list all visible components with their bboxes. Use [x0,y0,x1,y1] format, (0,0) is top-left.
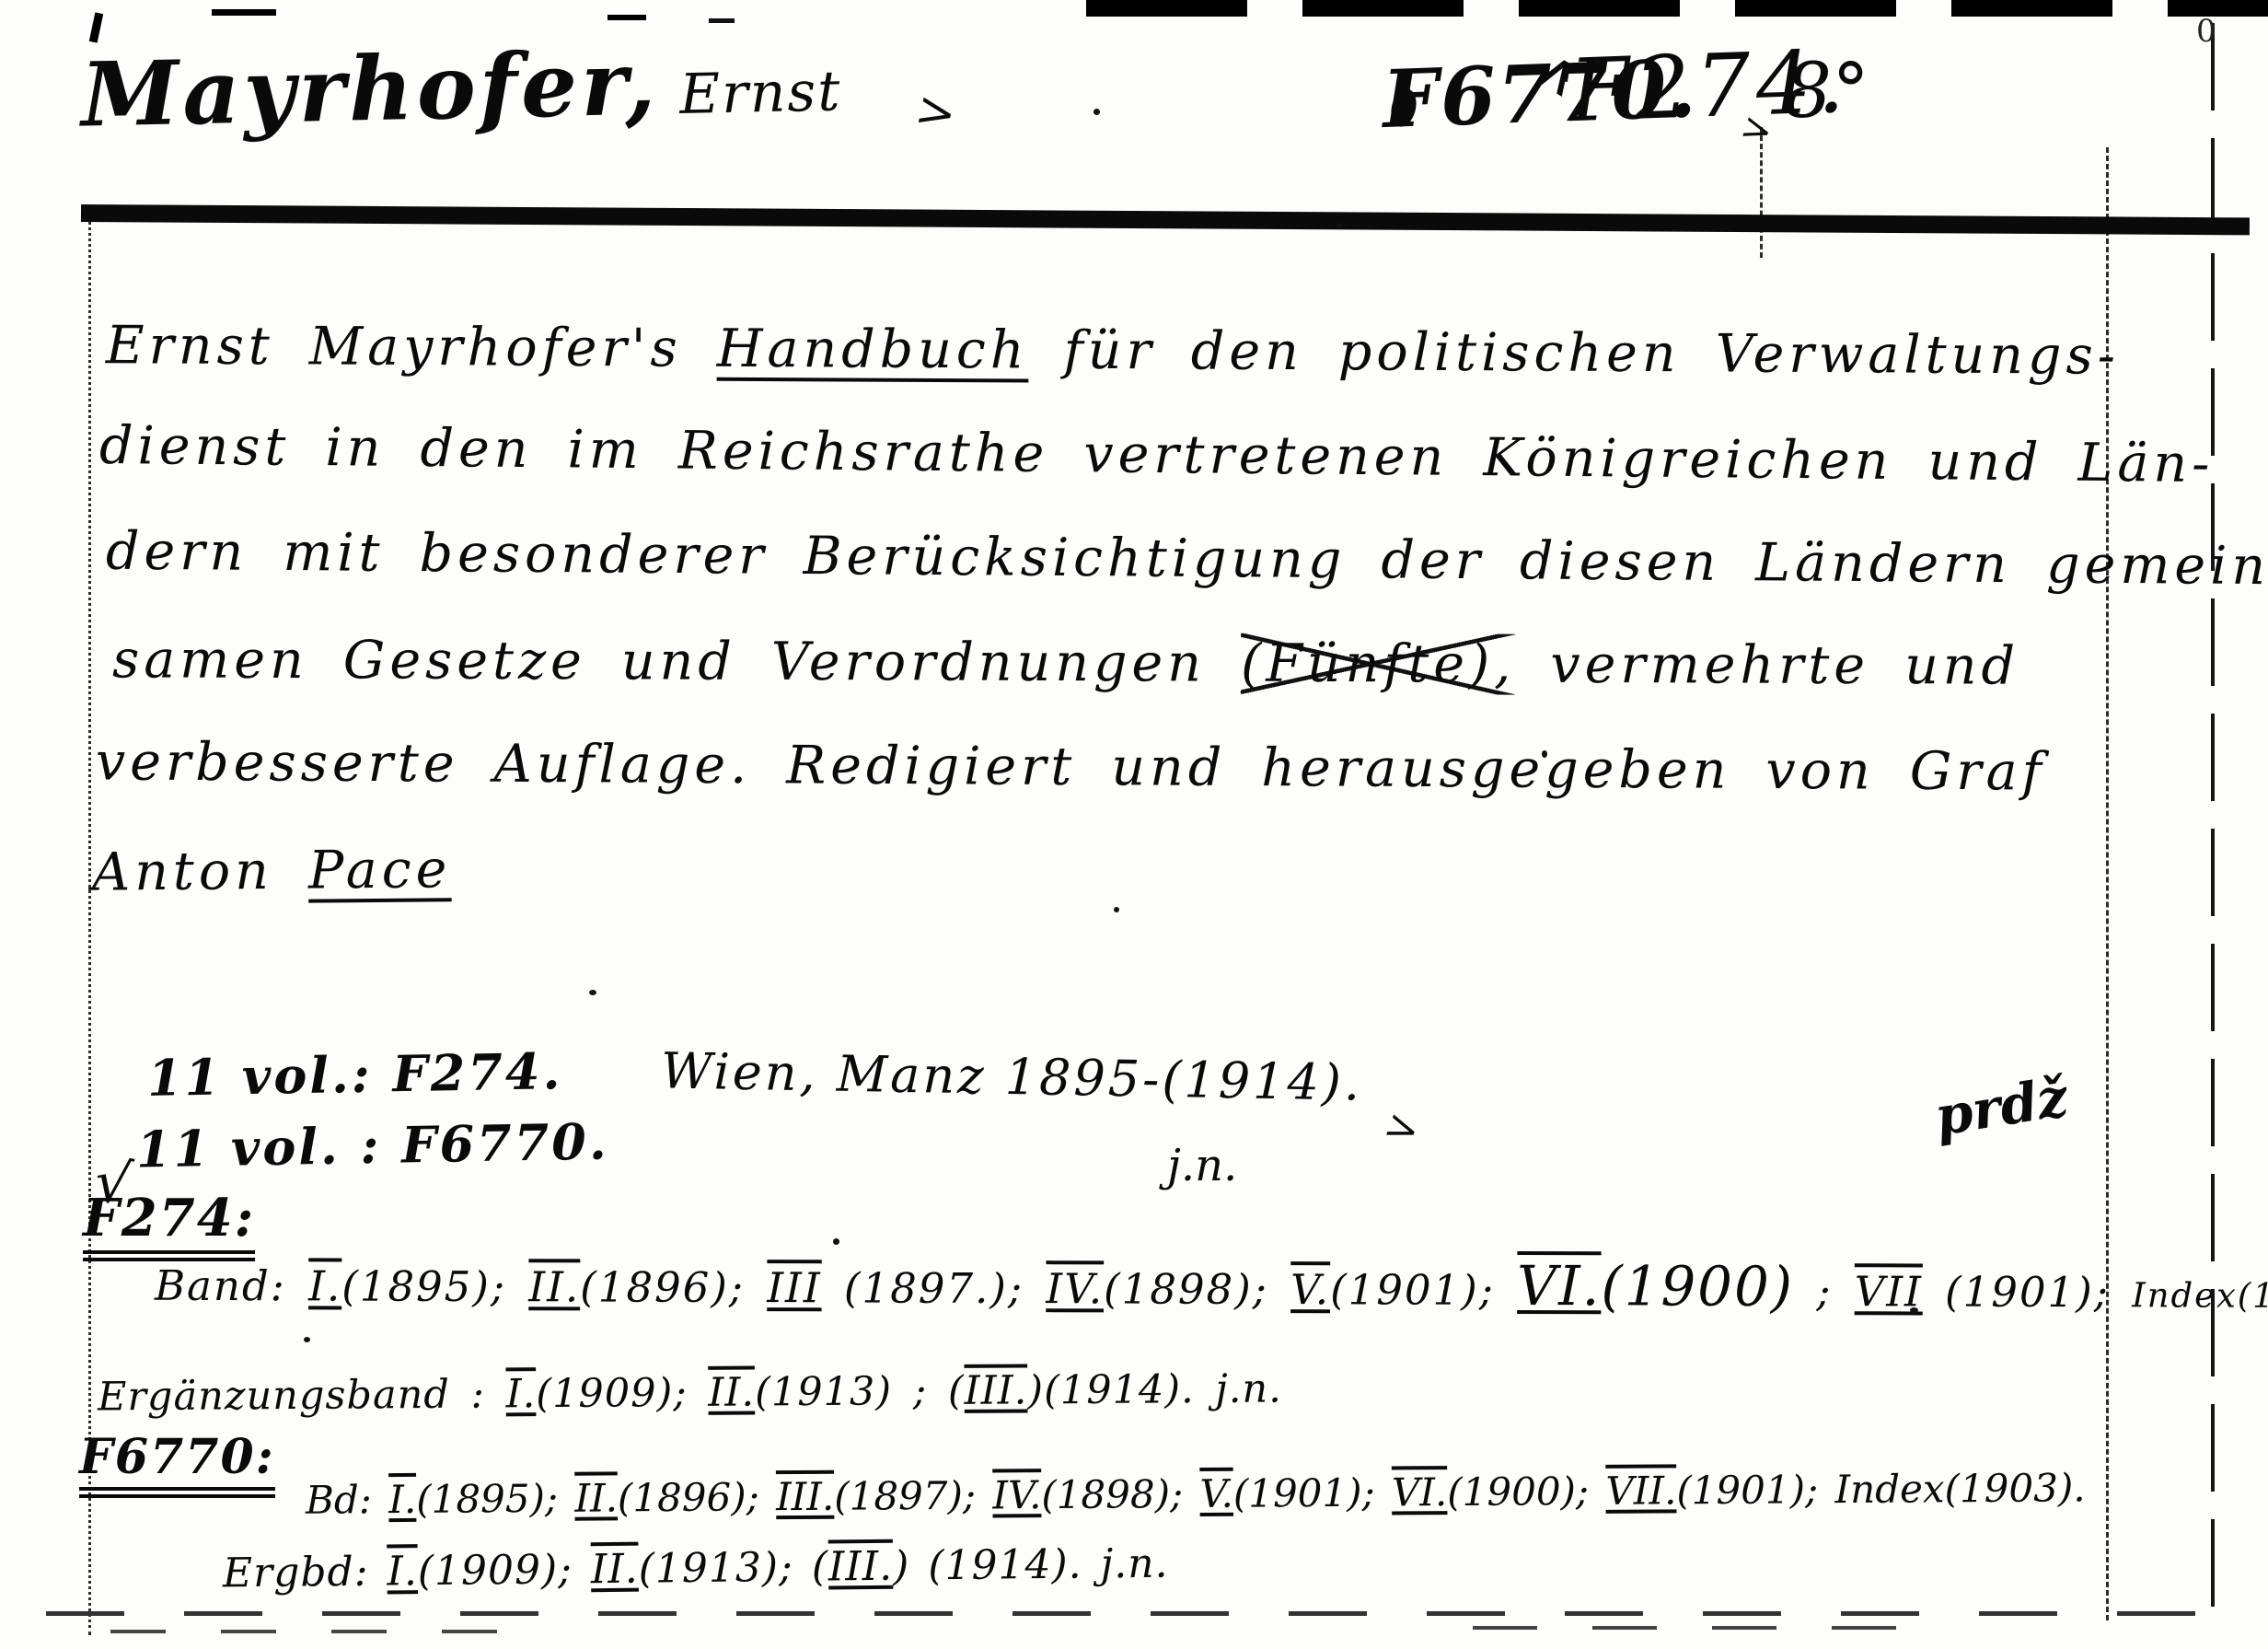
title-line-5: verbesserte Auflage. Redigiert und herau… [96,731,2046,802]
volume-entry: ; [1794,1267,1855,1316]
volume-entry: Bd: [306,1477,389,1523]
title-segment: für den politischen Verwaltungs- [1028,320,2120,387]
volume-entry: Ergänzungsband : [98,1371,506,1420]
volume-entry: III [767,1263,822,1312]
title-segment: vermehrte und [1515,634,2019,697]
title-line-1: Ernst Mayrhofer's Handbuch für den polit… [106,315,2120,386]
scan-noise [1114,907,1119,912]
scan-edge-top [1086,0,2268,17]
volume-entry: VII. [1605,1468,1676,1514]
volume-entry: ) (1914). [893,1540,1101,1589]
volume-entry: VI. [1517,1255,1601,1318]
volume-entry: (1900) [1601,1255,1794,1319]
section-label-f6770: F6770: [79,1429,275,1498]
volume-entry: II. [528,1262,580,1311]
volume-entry: (1895); [341,1262,528,1312]
scan-noise [304,1337,310,1342]
volume-entry: (1896); [618,1474,777,1520]
title-segment: dern mit besonderer Berücksichtigung der… [106,521,2268,598]
title-line-2: dienst in den im Reichsrathe vertretenen… [99,415,2215,494]
volume-entry: (1901); [1923,1267,2133,1317]
volume-entry: I. [505,1371,536,1417]
scan-noise [1542,750,1547,758]
volume-line-f6770: 11 vol. : F6770. [135,1112,609,1179]
pen-mark: > [910,81,961,144]
volume-entry: (1909); [536,1370,708,1417]
title-line-4: samen Gesetze und Verordnungen (Fünfte),… [112,629,2019,696]
volume-entry: j.n. [1215,1366,1282,1413]
pen-mark: > [1378,1100,1426,1156]
title-line-6: Anton Pace [92,839,452,902]
volume-entry: VI. [1392,1469,1448,1515]
volume-entry: Ergbd: [223,1549,388,1597]
title-segment: samen Gesetze und Verordnungen [112,629,1241,693]
cataloguer-mark: prdž [1931,1065,2072,1148]
volume-entry: IV. [1046,1264,1104,1313]
f6770-supplement-list: Ergbd: I.(1909); II.(1913); (III.) (1914… [223,1540,1169,1597]
volume-entry: II. [708,1370,755,1416]
volume-entry: (1898); [1041,1471,1200,1517]
volume-entry: II. [574,1475,618,1520]
author-last-name: Mayrhofer, [80,31,660,147]
scan-noise [1336,223,1342,228]
scan-noise [1910,1307,1918,1313]
volume-entry: V. [1290,1265,1330,1314]
scan-noise [212,9,276,16]
scan-noise [607,15,646,20]
volume-entry: I. [308,1261,341,1310]
volume-entry: (1898); [1104,1264,1290,1314]
volume-entry: III. [776,1474,834,1519]
volume-entry: j.n. [1100,1540,1168,1588]
volume-entry: (1914). [1044,1366,1216,1413]
title-segment: dienst in den im Reichsrathe vertretenen… [99,415,2215,494]
volume-line-f274: 11 vol.: F274. [146,1041,562,1108]
volume-entry: V. [1199,1471,1233,1516]
f274-band-list: Band: I.(1895); II.(1896); III (1897.); … [155,1250,2268,1321]
f6770-band-list: Bd: I.(1895); II.(1896); III.(1897); IV.… [306,1465,2086,1522]
volume-entry: (1909); [418,1546,592,1595]
volume-entry: (1897); [834,1473,993,1519]
format-octavo: 8° [1784,48,1869,135]
catalog-card-scan: Mayrhofer,Ernst > F6770. > F274. > 8° 0 … [0,0,2268,1649]
volume-entry: (1913) ; ( [755,1368,965,1416]
card-edge-far-right-line [2211,23,2215,1627]
title-line-3: dern mit besonderer Berücksichtigung der… [106,521,2268,598]
scan-noise [709,18,735,23]
imprint: Wien, Manz 1895-(1914). [661,1041,1363,1111]
title-segment: Anton [92,841,309,903]
scan-noise [89,12,103,42]
scan-noise [1093,109,1100,115]
scan-edge-bottom [1473,1626,1951,1630]
corner-mark: 0 [2196,13,2216,50]
volume-entry: Index(1903). [2132,1275,2268,1316]
volume-entry: II. [591,1546,639,1594]
scan-edge-bottom [110,1630,497,1633]
volume-entry: (1900); [1447,1469,1606,1515]
volume-entry: IV. [992,1472,1041,1517]
volume-entry: (1896); [580,1262,767,1312]
title-segment: Ernst Mayrhofer's [106,315,717,378]
volume-entry: III. [965,1367,1028,1413]
header-rule [81,204,2250,235]
volume-entry: (1901); [1233,1470,1393,1516]
volume-entry: Index(1903). [1834,1465,2085,1512]
title-segment: Pace [308,839,452,900]
card-edge-left-line [88,210,91,1635]
volume-entry: Band: [155,1261,308,1311]
title-segment: (Fünfte), [1241,633,1516,695]
volume-entry: ) [1027,1367,1044,1413]
volume-entry: I. [387,1548,418,1595]
scan-noise [833,1238,839,1245]
volume-entry: (1895); [416,1476,575,1522]
volume-entry: (1897.); [822,1263,1047,1313]
volume-entry: (1901); [1676,1467,1835,1513]
author-heading: Mayrhofer,Ernst [80,27,842,146]
volume-entry: III. [828,1543,894,1591]
volume-entry: I. [388,1477,416,1522]
title-segment: verbesserte Auflage. Redigiert und herau… [96,731,2046,802]
imprint-note: j.n. [1167,1140,1237,1191]
volume-entry: (1913); ( [638,1543,828,1592]
scan-edge-bottom [46,1611,2218,1616]
title-segment: Handbuch [717,319,1029,381]
author-first-name: Ernst [679,59,842,127]
volume-entry: (1901); [1330,1265,1517,1315]
f274-supplement-list: Ergänzungsband : I.(1909); II.(1913) ; (… [98,1366,1282,1421]
scan-noise [589,990,596,995]
